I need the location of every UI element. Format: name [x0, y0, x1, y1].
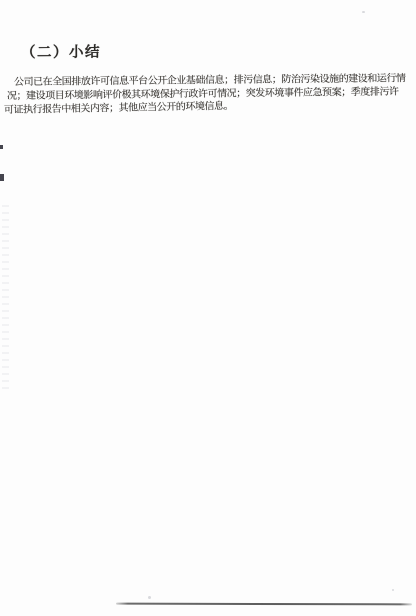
scan-dust-speck-top — [362, 11, 365, 13]
scan-dust-speck-bottom — [148, 596, 151, 599]
scan-edge-noise-strip — [2, 205, 9, 390]
section-heading: （二）小结 — [21, 41, 101, 62]
scanned-document-page: （二）小结 公司已在全国排放许可信息平台公开企业基础信息；排污信息；防治污染设施… — [0, 0, 416, 616]
scan-speck-left-upper — [0, 145, 3, 149]
scan-bottom-edge-line — [116, 603, 412, 606]
body-paragraph: 公司已在全国排放许可信息平台公开企业基础信息；排污信息；防治污染设施的建设和运行… — [4, 76, 412, 118]
scan-dust-speck-bottom-right — [392, 589, 394, 591]
scan-speck-left-lower — [0, 174, 4, 181]
